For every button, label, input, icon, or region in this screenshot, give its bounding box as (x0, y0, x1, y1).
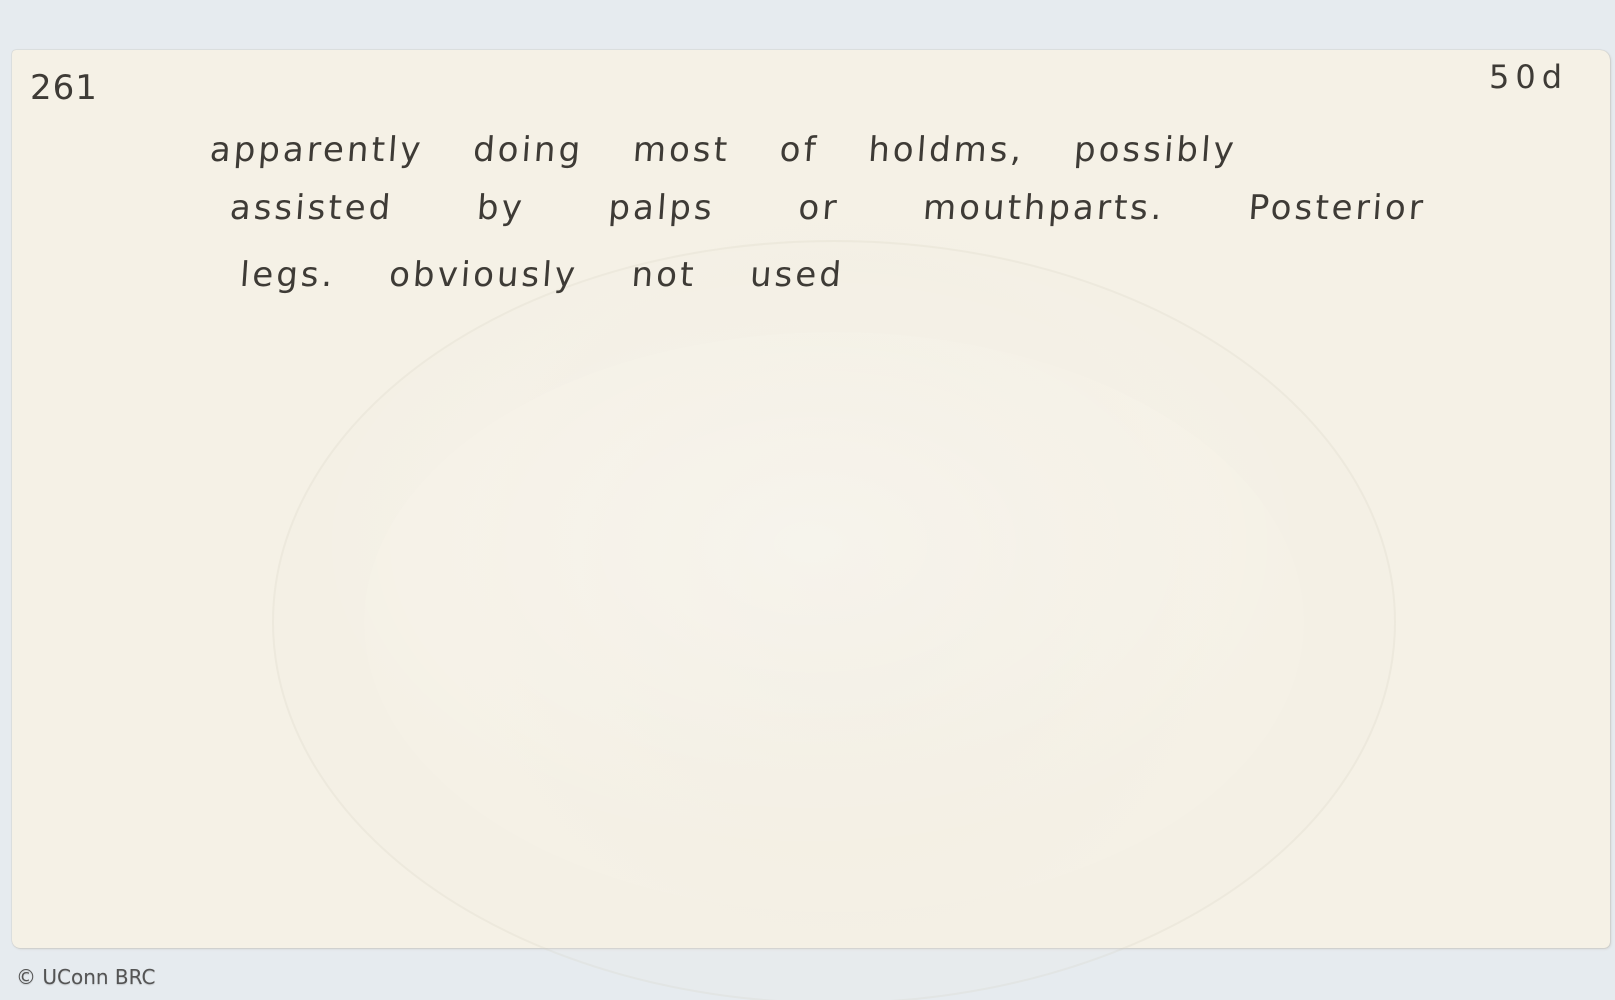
index-card: 261 50d apparently doing most of holdms,… (12, 50, 1610, 948)
handwritten-line-2: assisted by palps or mouthparts. Posteri… (229, 188, 1428, 228)
copyright-watermark: © UConn BRC (16, 965, 156, 989)
card-number-right: 50d (1489, 58, 1568, 96)
handwritten-line-1: apparently doing most of holdms, possibl… (209, 130, 1238, 170)
card-number-left: 261 (30, 68, 98, 108)
handwritten-line-3: legs. obviously not used (239, 255, 846, 295)
